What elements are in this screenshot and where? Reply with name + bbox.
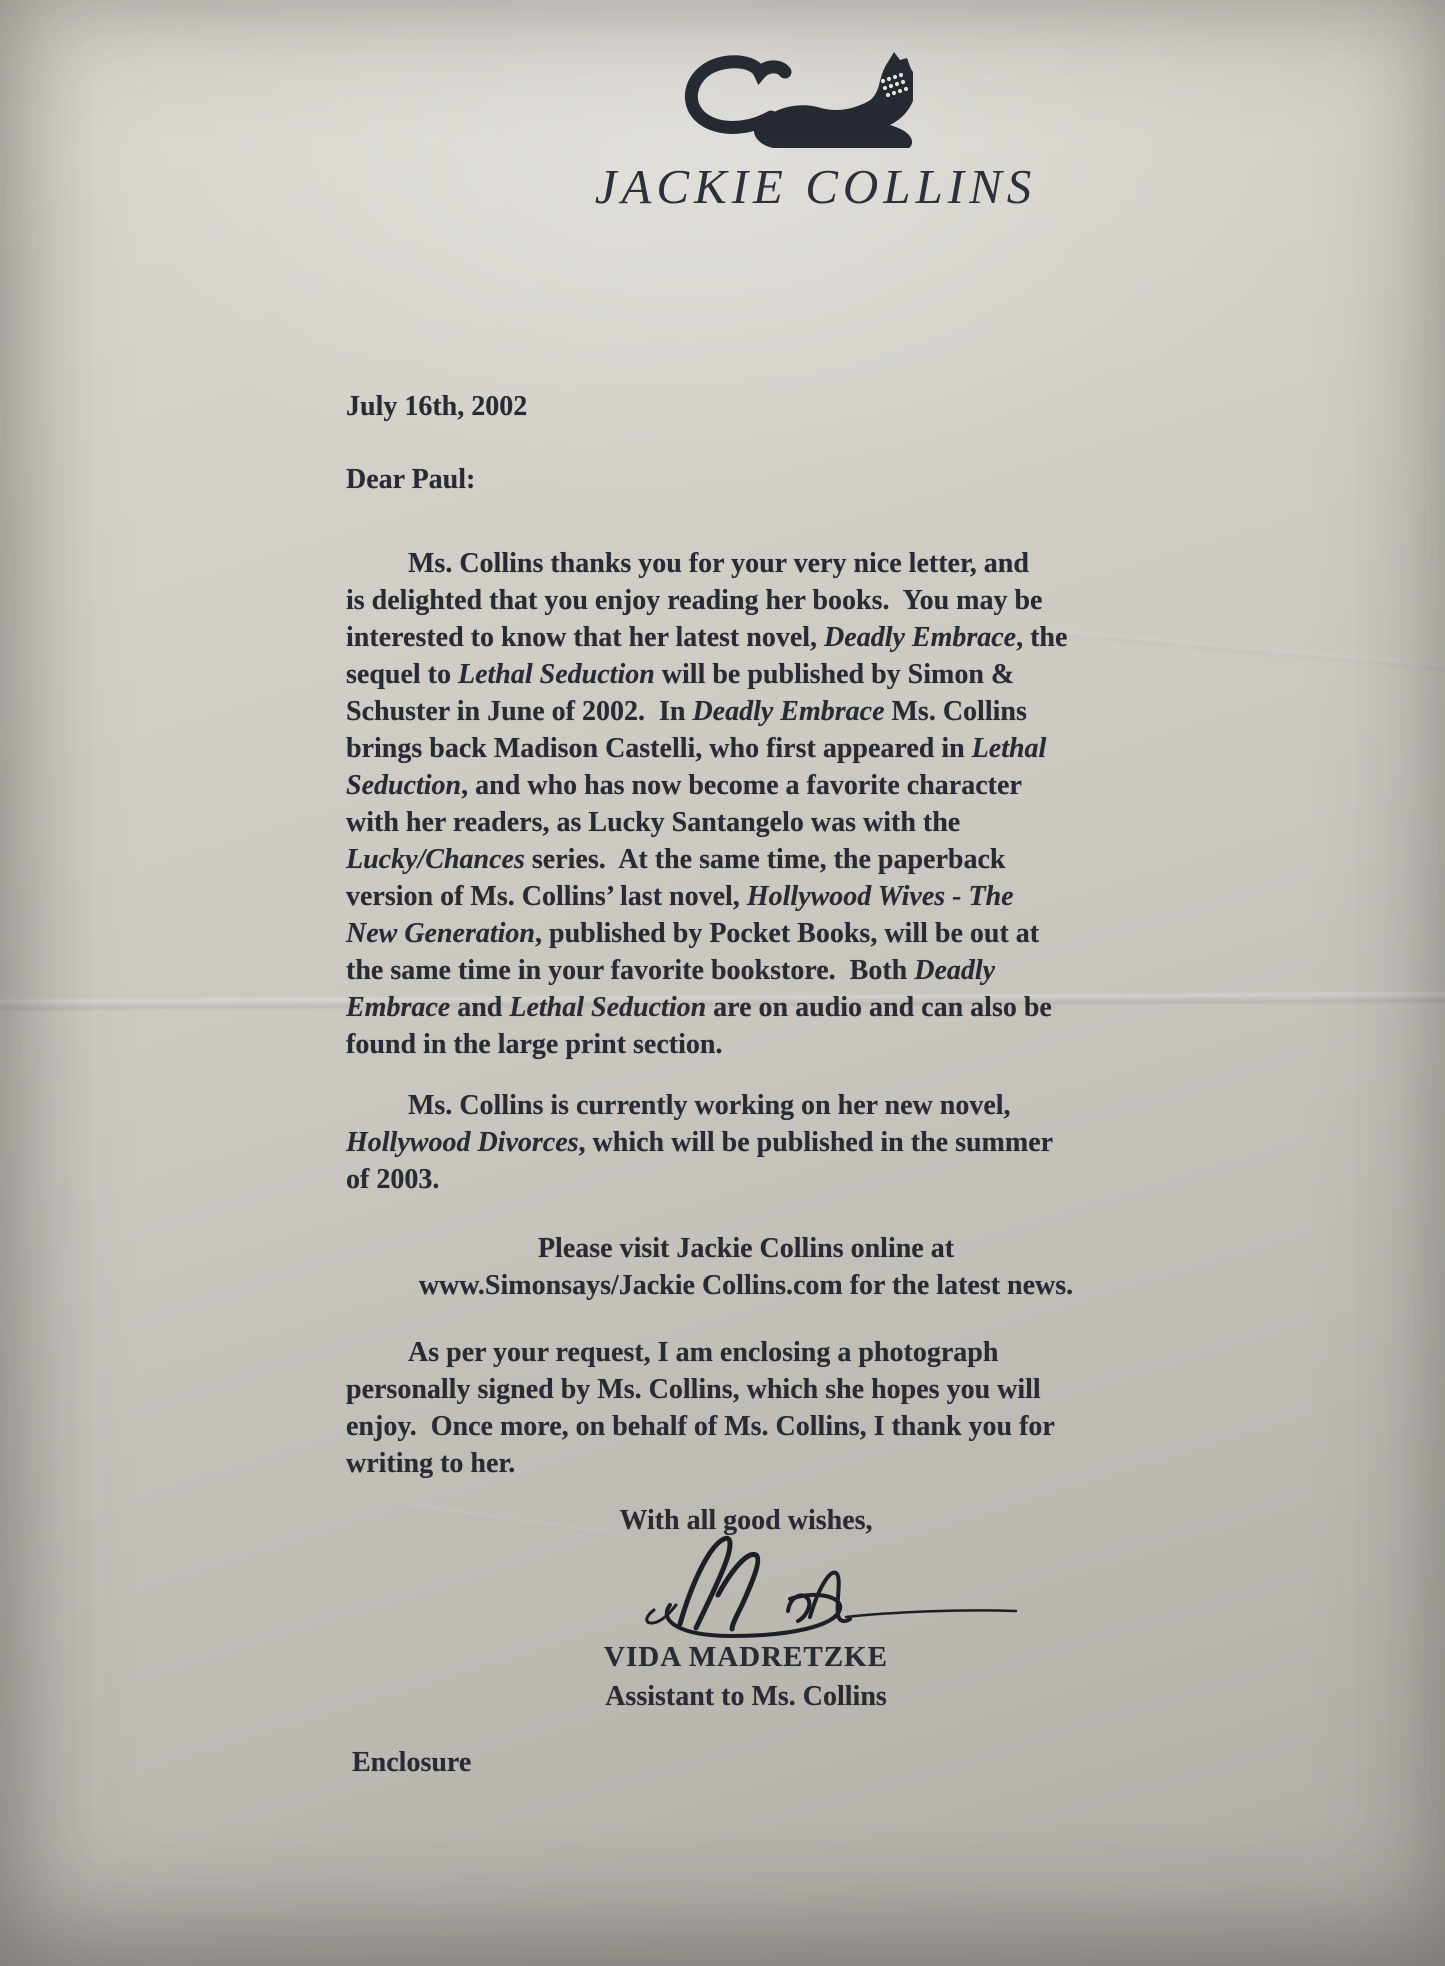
signer-title: Assistant to Ms. Collins (346, 1681, 1146, 1713)
paragraph-3: Please visit Jackie Collins online atwww… (346, 1230, 1146, 1304)
brand-name: JACKIE COLLINS (563, 158, 1068, 215)
letter-line: enjoy. Once more, on behalf of Ms. Colli… (346, 1408, 1146, 1445)
panther-logo-icon (683, 46, 913, 156)
letter-line: Seduction, and who has now become a favo… (346, 767, 1146, 804)
letter-line: Schuster in June of 2002. In Deadly Embr… (346, 693, 1146, 730)
letter-line: interested to know that her latest novel… (346, 619, 1146, 656)
letter-line: found in the large print section. (346, 1026, 1146, 1063)
letter-line: Ms. Collins is currently working on her … (346, 1087, 1146, 1124)
letter-line: As per your request, I am enclosing a ph… (346, 1334, 1146, 1371)
salutation: Dear Paul: (346, 464, 475, 496)
letter-line: writing to her. (346, 1445, 1146, 1482)
paragraph-4: As per your request, I am enclosing a ph… (346, 1334, 1146, 1482)
letter-line: www.Simonsays/Jackie Collins.com for the… (346, 1267, 1146, 1304)
paragraph-2: Ms. Collins is currently working on her … (346, 1087, 1146, 1198)
letter-date: July 16th, 2002 (346, 391, 527, 423)
letter-line: personally signed by Ms. Collins, which … (346, 1371, 1146, 1408)
letter-page: JACKIE COLLINS July 16th, 2002 Dear Paul… (0, 0, 1445, 1966)
letter-line: of 2003. (346, 1161, 1146, 1198)
letter-line: sequel to Lethal Seduction will be publi… (346, 656, 1146, 693)
letter-line: brings back Madison Castelli, who first … (346, 730, 1146, 767)
letter-line: Please visit Jackie Collins online at (346, 1230, 1146, 1267)
letter-line: Hollywood Divorces, which will be publis… (346, 1124, 1146, 1161)
letter-line: New Generation, published by Pocket Book… (346, 915, 1146, 952)
letter-line: is delighted that you enjoy reading her … (346, 582, 1146, 619)
paragraph-1: Ms. Collins thanks you for your very nic… (346, 545, 1146, 1063)
signature-handwriting (638, 1532, 1028, 1647)
enclosure-note: Enclosure (352, 1747, 471, 1779)
letter-line: with her readers, as Lucky Santangelo wa… (346, 804, 1146, 841)
letter-line: version of Ms. Collins’ last novel, Holl… (346, 878, 1146, 915)
letter-line: Embrace and Lethal Seduction are on audi… (346, 989, 1146, 1026)
letter-line: the same time in your favorite bookstore… (346, 952, 1146, 989)
letter-line: Lucky/Chances series. At the same time, … (346, 841, 1146, 878)
signer-name: VIDA MADRETZKE (346, 1641, 1146, 1674)
letter-line: Ms. Collins thanks you for your very nic… (346, 545, 1146, 582)
